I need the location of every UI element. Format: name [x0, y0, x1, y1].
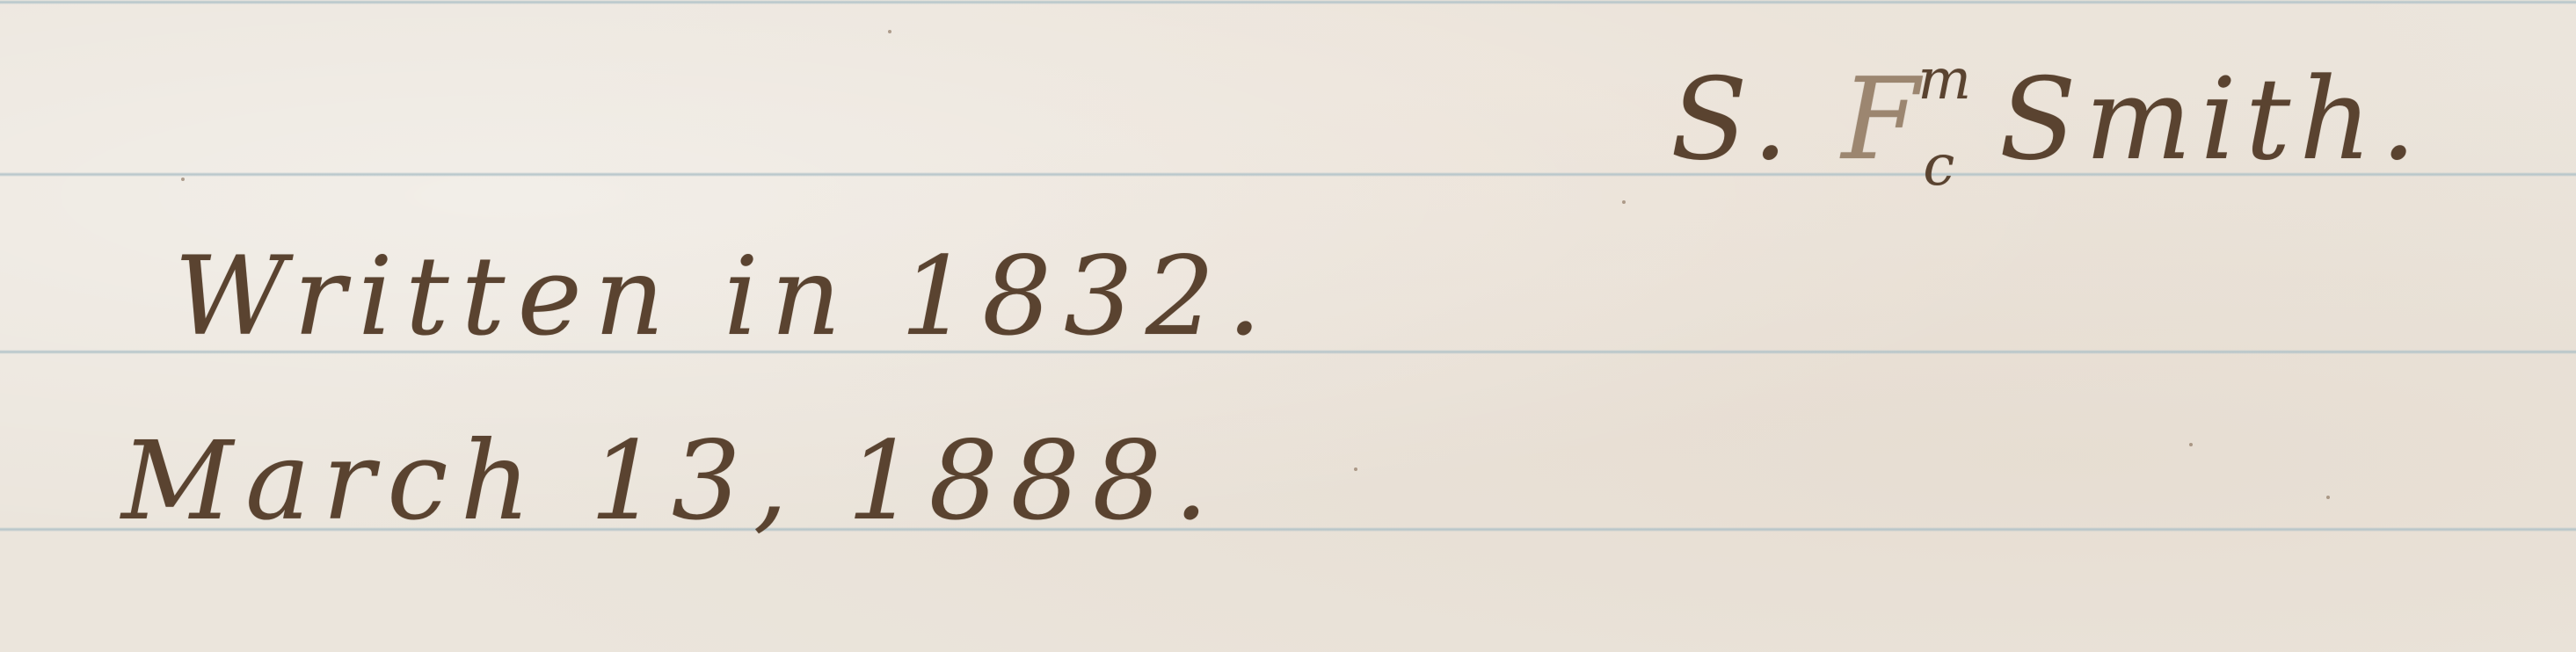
paper-speck: [888, 30, 891, 33]
ruled-line: [0, 0, 2576, 4]
signature: S. Fmc Smith.: [1670, 54, 2425, 186]
paper-speck: [2326, 496, 2330, 499]
signature-superscript: mc: [1923, 54, 1954, 186]
signature-surname: Smith.: [1999, 54, 2426, 185]
paper-speck: [2189, 443, 2193, 446]
document-page: S. Fmc Smith. Written in 1832. March 13,…: [0, 0, 2576, 652]
date-line: March 13, 1888.: [121, 420, 1221, 543]
written-in-line: Written in 1832.: [174, 235, 1274, 359]
signature-initial-2: F: [1842, 54, 1929, 185]
signature-superscript-top: m: [1917, 14, 1971, 146]
signature-initial-1: S.: [1670, 54, 1797, 185]
signature-superscript-bottom: c: [1923, 134, 1954, 199]
paper-speck: [181, 177, 185, 181]
paper-speck: [1354, 467, 1357, 471]
paper-speck: [1622, 200, 1626, 204]
